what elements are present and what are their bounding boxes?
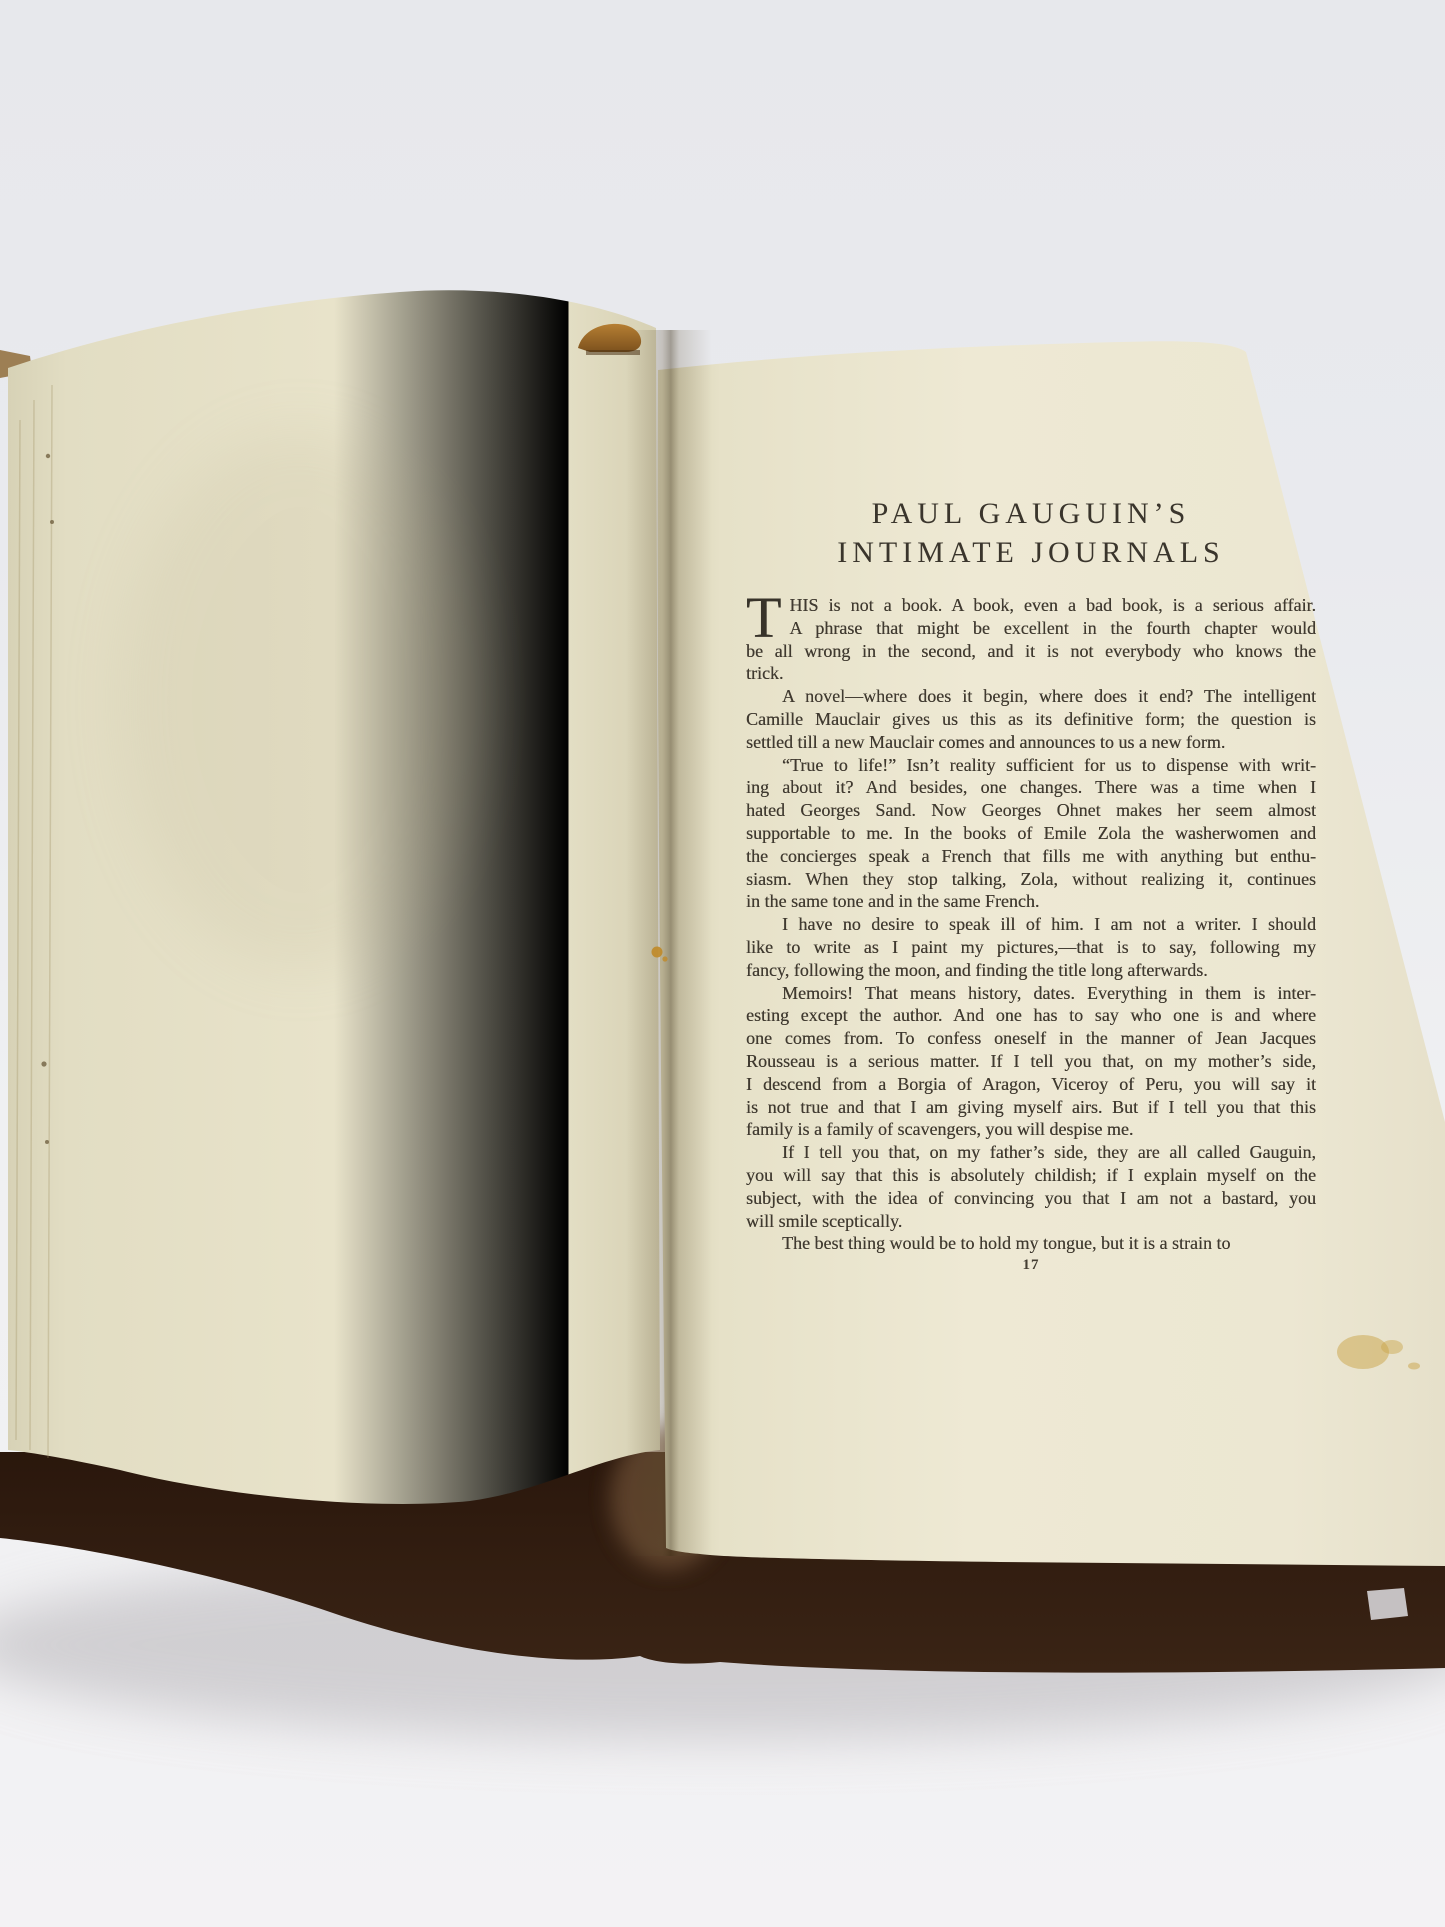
text-line: The best thing would be to hold my tongu… (746, 1232, 1316, 1255)
text-line: I have no desire to speak ill of him. I … (746, 913, 1316, 936)
text-line: esting except the author. And one has to… (746, 1004, 1316, 1027)
photo-background: PAUL GAUGUIN’S INTIMATE JOURNALS THIS is… (0, 0, 1445, 1927)
paragraph: THIS is not a book. A book, even a bad b… (746, 594, 1316, 685)
text-line: hated Georges Sand. Now Georges Ohnet ma… (746, 799, 1316, 822)
text-line: A novel—where does it begin, where does … (746, 685, 1316, 708)
text-line: Rousseau is a serious matter. If I tell … (746, 1050, 1316, 1073)
text-line: If I tell you that, on my father’s side,… (746, 1141, 1316, 1164)
text-line: in the same tone and in the same French. (746, 890, 1316, 913)
text-line: Memoirs! That means history, dates. Ever… (746, 982, 1316, 1005)
text-line: HIS is not a book. A book, even a bad bo… (789, 594, 1316, 617)
paragraph: “True to life!” Isn’t reality sufficient… (746, 754, 1316, 914)
body-text: THIS is not a book. A book, even a bad b… (746, 594, 1316, 1255)
left-page-smudge (120, 430, 480, 970)
paragraph: A novel—where does it begin, where does … (746, 685, 1316, 753)
text-line: you will say that this is absolutely chi… (746, 1164, 1316, 1187)
paragraph: If I tell you that, on my father’s side,… (746, 1141, 1316, 1232)
text-line: ing about it? And besides, one changes. … (746, 776, 1316, 799)
book-title-line1: PAUL GAUGUIN’S (746, 497, 1316, 531)
paragraph: Memoirs! That means history, dates. Ever… (746, 982, 1316, 1142)
text-line: the concierges speak a French that fills… (746, 845, 1316, 868)
text-line: one comes from. To confess oneself in th… (746, 1027, 1316, 1050)
text-line: “True to life!” Isn’t reality sufficient… (746, 754, 1316, 777)
text-line: is not true and that I am giving myself … (746, 1096, 1316, 1119)
spine-tab-shade (586, 350, 640, 355)
text-line: subject, with the idea of convincing you… (746, 1187, 1316, 1210)
text-line: trick. (746, 662, 1316, 685)
text-line: be all wrong in the second, and it is no… (746, 640, 1316, 663)
cover-corner-gap (1367, 1588, 1408, 1620)
gutter-shadow (626, 330, 712, 1556)
text-line: I descend from a Borgia of Aragon, Vicer… (746, 1073, 1316, 1096)
text-line: family is a family of scavengers, you wi… (746, 1118, 1316, 1141)
drop-cap: T (746, 595, 781, 639)
paragraph: The best thing would be to hold my tongu… (746, 1232, 1316, 1255)
text-line: like to write as I paint my pictures,—th… (746, 936, 1316, 959)
text-line: A phrase that might be excellent in the … (789, 617, 1316, 640)
page-number: 17 (746, 1257, 1316, 1274)
text-line: settled till a new Mauclair comes and an… (746, 731, 1316, 754)
book-title-line2: INTIMATE JOURNALS (746, 536, 1316, 570)
paragraph: I have no desire to speak ill of him. I … (746, 913, 1316, 981)
text-line: fancy, following the moon, and finding t… (746, 959, 1316, 982)
text-line: siasm. When they stop talking, Zola, wit… (746, 868, 1316, 891)
text-line: supportable to me. In the books of Emile… (746, 822, 1316, 845)
right-page-content: PAUL GAUGUIN’S INTIMATE JOURNALS THIS is… (746, 497, 1316, 1274)
text-line: will smile sceptically. (746, 1210, 1316, 1233)
text-line: Camille Mauclair gives us this as its de… (746, 708, 1316, 731)
